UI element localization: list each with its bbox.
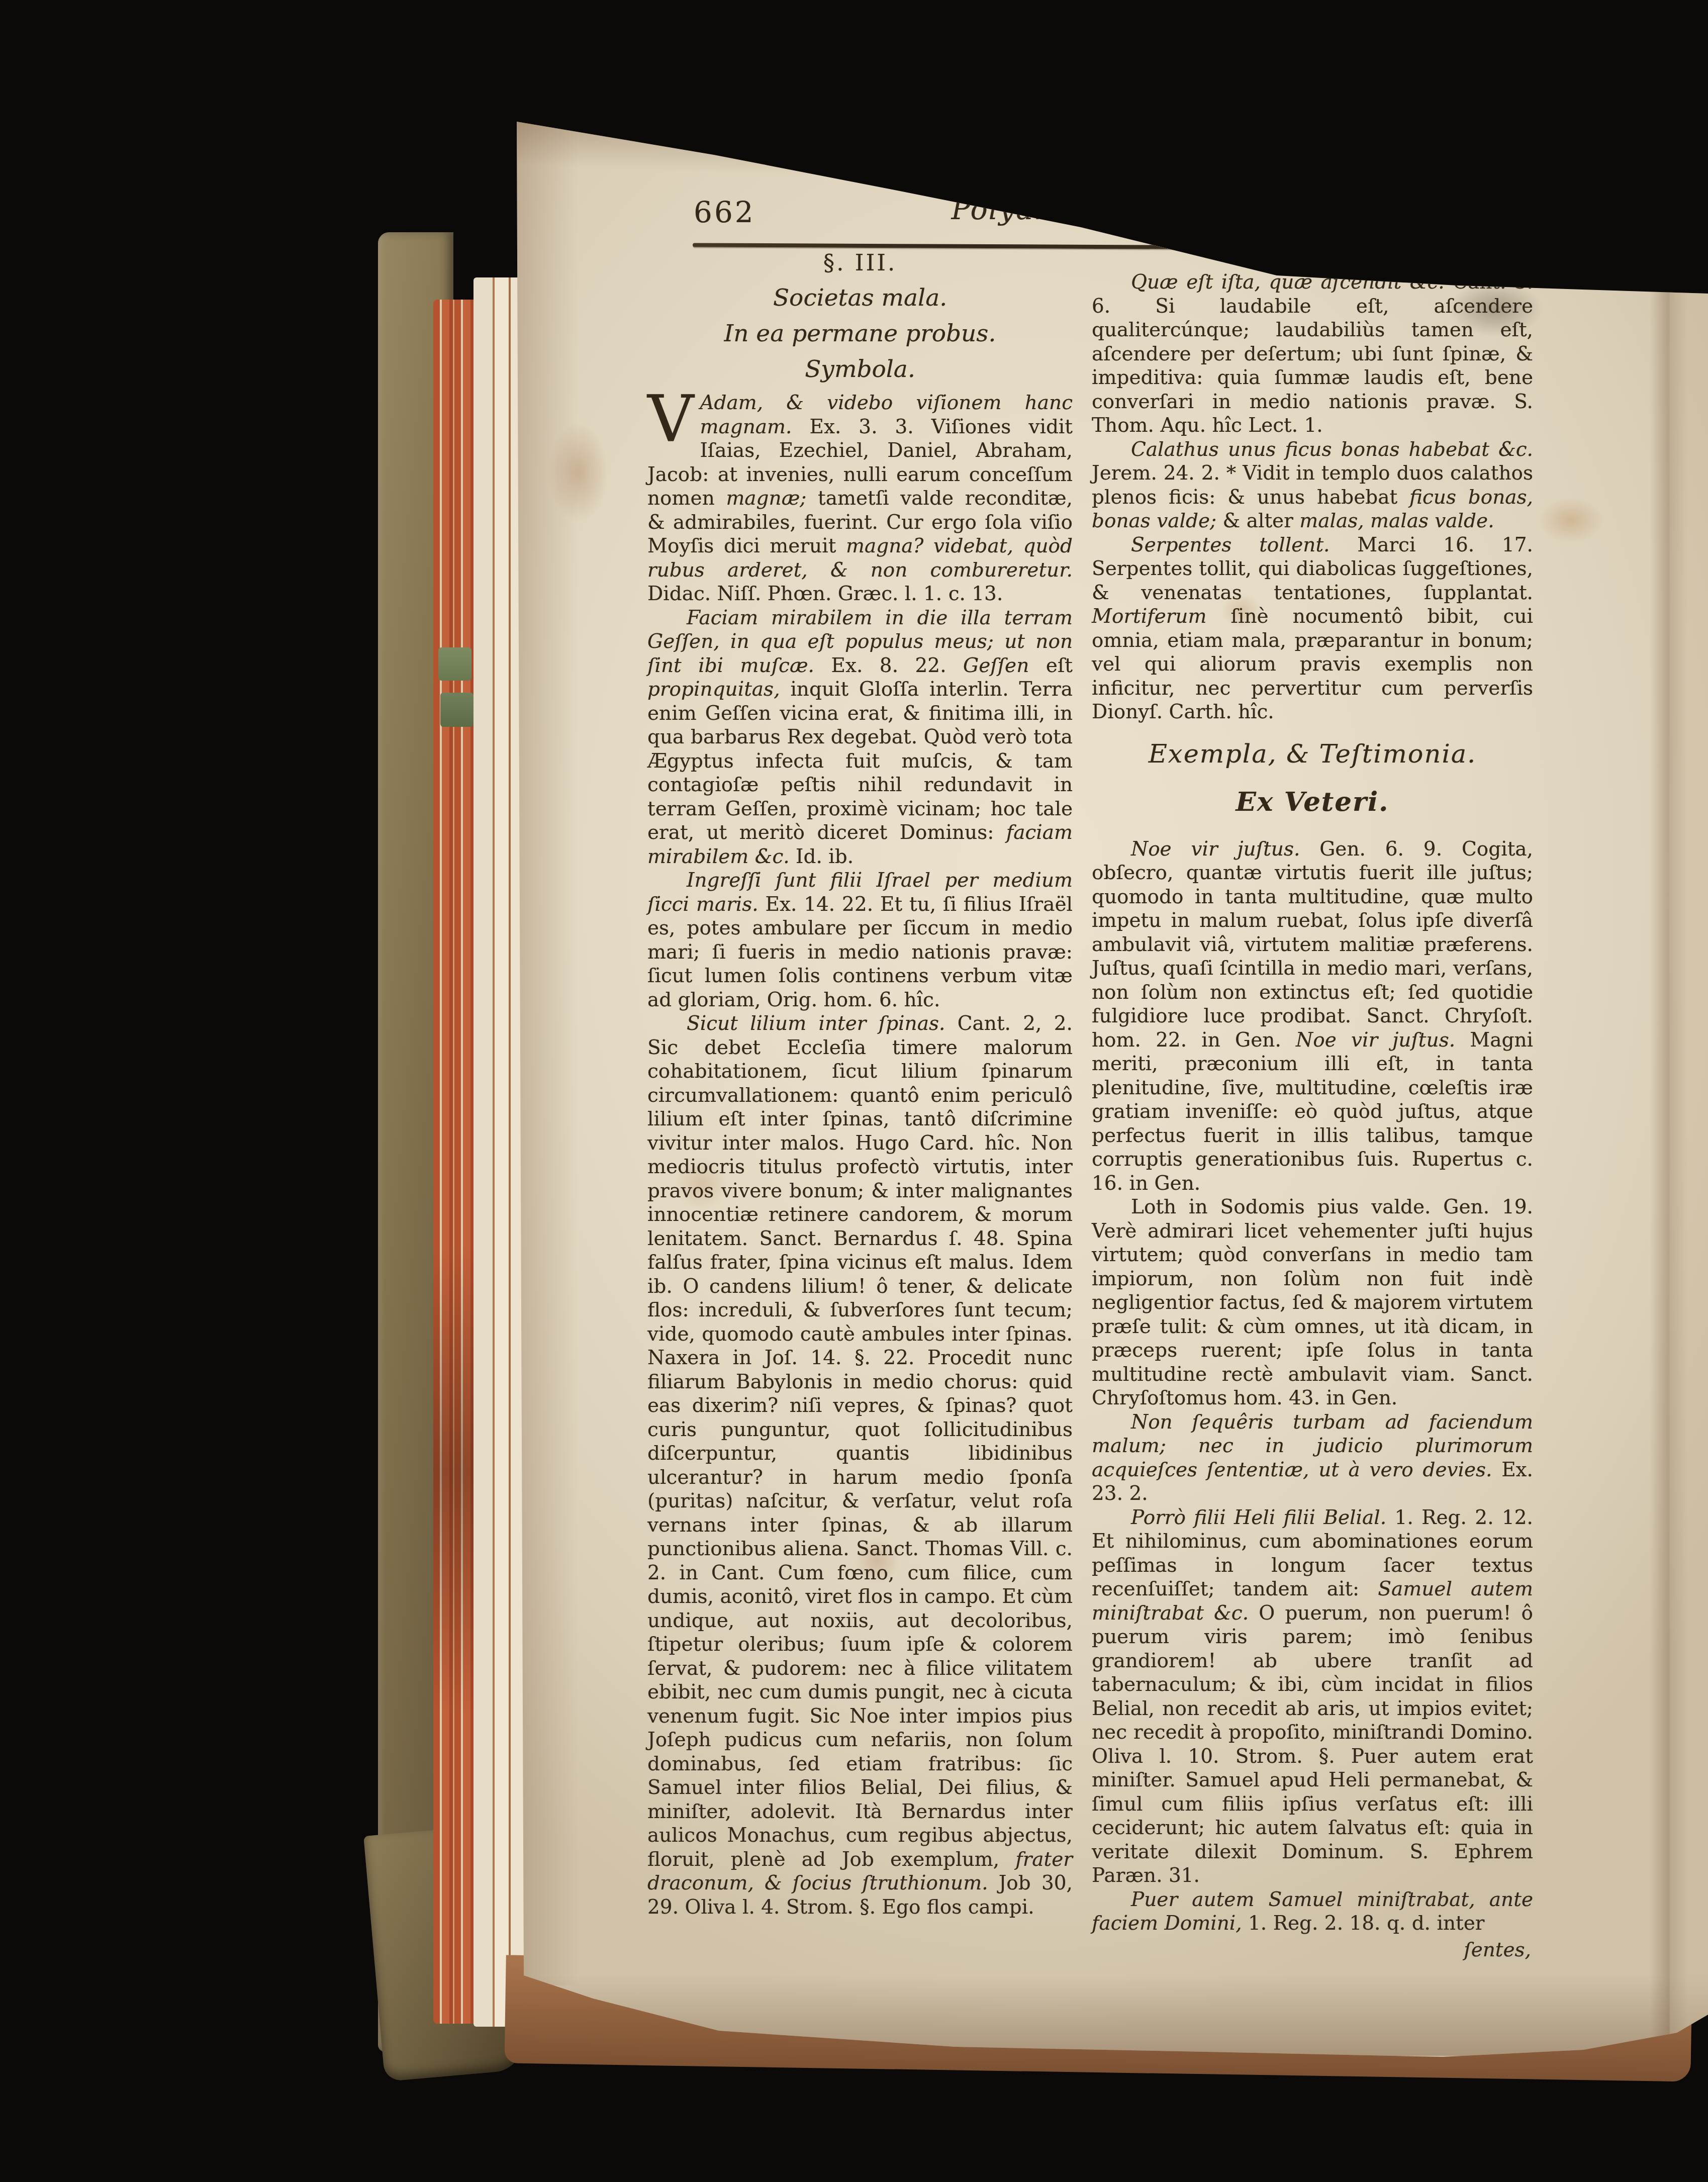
quoted-scripture-text: magnæ;	[726, 487, 806, 510]
facing-page-margin	[1670, 281, 1708, 2061]
paragraph: Quæ eſt iſta, quæ aſcendit &c. Cant. 3. …	[1092, 270, 1533, 438]
book-page: 662 Polyanthea Sacra. §. III.Societas ma…	[0, 0, 1708, 2182]
commentary-text: Cant. 3. 6. Si laudabile eſt, aſcendere …	[1092, 271, 1533, 437]
paragraph: Non ſequêris turbam ad faciendum malum; …	[1092, 1410, 1533, 1506]
text-column-right: Quæ eſt iſta, quæ aſcendit &c. Cant. 3. …	[1092, 270, 1533, 1961]
commentary-text: & alter	[1216, 510, 1299, 532]
quoted-scripture-text: malas, malas valde.	[1299, 510, 1494, 532]
paragraph: Noe vir juſtus. Gen. 6. 9. Cogita, obſec…	[1092, 837, 1533, 1196]
paragraph: Serpentes tollent. Marci 16. 17. Serpent…	[1092, 533, 1533, 724]
commentary-text: Cant. 2, 2. Sic debet Eccleſia timere ma…	[647, 1012, 1073, 1871]
paragraph: Calathus unus ficus bonas habebat &c. Je…	[1092, 438, 1533, 533]
ex-veteri-heading: Ex Veteri.	[1092, 786, 1533, 817]
catchword: ſentes,	[1092, 1939, 1533, 1961]
paragraph: Puer autem Samuel miniſtrabat, ante faci…	[1092, 1888, 1533, 1936]
commentary-text: Didac. Niſſ. Phœn. Græc. l. 1. c. 13.	[647, 583, 1003, 605]
section-motto: In ea permane probus.	[647, 320, 1073, 347]
commentary-text: inquit Gloſſa interlin. Terra enim Geſſe…	[647, 678, 1073, 844]
commentary-text: Loth in Sodomis pius valde. Gen. 19. Ver…	[1092, 1196, 1533, 1409]
paragraph: Sicut lilium inter ſpinas. Cant. 2, 2. S…	[647, 1012, 1073, 1919]
paragraph: Loth in Sodomis pius valde. Gen. 19. Ver…	[1092, 1195, 1533, 1410]
quoted-scripture-text: Quæ eſt iſta, quæ aſcendit &c.	[1131, 271, 1445, 294]
section-title: Societas mala.	[647, 284, 1073, 312]
quoted-scripture-text: propinquitas,	[647, 678, 780, 701]
paragraph: Porrò filii Heli filii Belial. 1. Reg. 2…	[1092, 1506, 1533, 1888]
commentary-text: O puerum, non puerum! ô puerum viris par…	[1092, 1602, 1533, 1887]
running-title: Polyanthea Sacra.	[814, 193, 1367, 226]
symbola-heading: Symbola.	[647, 355, 1073, 383]
quoted-scripture-text: Geſſen	[963, 654, 1029, 677]
commentary-text: Magni meriti, præconium illi eſt, in tan…	[1092, 1029, 1533, 1195]
photo-black-background: { "page": { "number": "662", "running_ti…	[0, 0, 1708, 2182]
commentary-text: Ex. 8. 22.	[814, 654, 963, 677]
quoted-scripture-text: Mortiferum	[1092, 605, 1206, 628]
page-inner-shadow-top	[511, 120, 1707, 209]
paragraph: Faciam mirabilem in die illa terram Geſſ…	[647, 606, 1073, 869]
quoted-scripture-text: Serpentes tollent.	[1131, 534, 1330, 556]
paper-stain	[548, 422, 608, 523]
commentary-text: Gen. 6. 9. Cogita, obſecro, quantæ virtu…	[1092, 838, 1533, 1052]
quoted-scripture-text: Porrò filii Heli filii Belial.	[1131, 1506, 1386, 1529]
bookmark-tab	[438, 647, 471, 681]
commentary-text: eſt	[1029, 654, 1073, 677]
quoted-scripture-text: Noe vir juſtus.	[1131, 838, 1300, 861]
section-mark: §. III.	[647, 249, 1073, 276]
paper-stain	[1538, 498, 1603, 543]
quoted-scripture-text: Non ſequêris turbam ad faciendum malum; …	[1092, 1411, 1533, 1481]
exempla-heading: Exempla, & Teſtimonia.	[1092, 739, 1533, 769]
paragraph: VAdam, & videbo viſionem hanc magnam. Ex…	[647, 391, 1073, 606]
quoted-scripture-text: Sicut lilium inter ſpinas.	[687, 1012, 945, 1035]
text-column-left: §. III.Societas mala.In ea permane probu…	[647, 247, 1073, 1919]
paragraph: Ingreſſi ſunt filii Iſrael per medium ſi…	[647, 869, 1073, 1012]
commentary-text: 1. Reg. 2. 18. q. d. inter	[1242, 1912, 1485, 1935]
drop-cap: V	[647, 391, 700, 443]
commentary-text: Id. ib.	[790, 845, 853, 868]
quoted-scripture-text: Noe vir juſtus.	[1296, 1029, 1455, 1052]
bookmark-tab	[440, 693, 473, 727]
quoted-scripture-text: Calathus unus ficus bonas habebat &c.	[1131, 438, 1533, 461]
page-number: 662	[694, 195, 755, 229]
